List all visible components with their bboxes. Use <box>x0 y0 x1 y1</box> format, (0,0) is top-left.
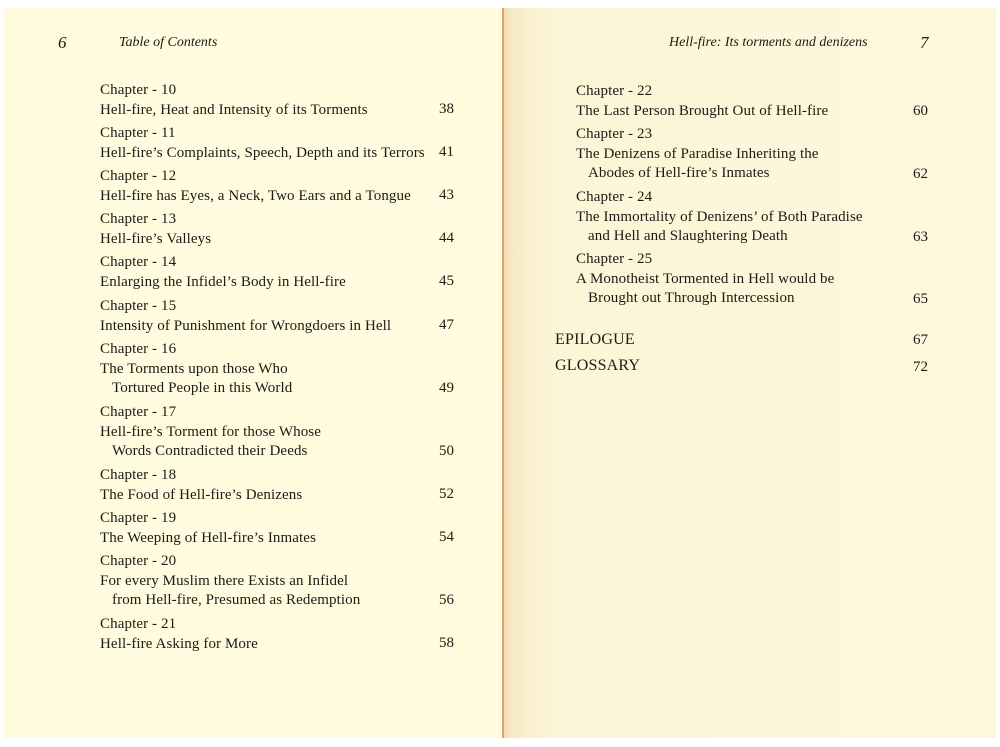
book-gutter <box>502 8 504 738</box>
toc-page-number: 60 <box>898 102 928 122</box>
chapter-label: Chapter - 22 <box>576 82 828 102</box>
toc-entry[interactable]: Chapter - 16 The Torments upon those Who… <box>100 340 292 399</box>
toc-page-number: 65 <box>898 290 928 310</box>
chapter-title-continued: and Hell and Slaughtering Death <box>576 227 863 247</box>
chapter-title: For every Muslim there Exists an Infidel <box>100 572 360 592</box>
chapter-title: The Weeping of Hell-fire’s Inmates <box>100 529 316 549</box>
chapter-label: Chapter - 17 <box>100 403 321 423</box>
toc-entry[interactable]: Chapter - 20 For every Muslim there Exis… <box>100 552 360 611</box>
toc-page-number: 47 <box>424 316 454 336</box>
toc-page-number: 67 <box>898 331 928 351</box>
chapter-label: Chapter - 18 <box>100 466 302 486</box>
chapter-label: Chapter - 13 <box>100 210 211 230</box>
chapter-title: A Monotheist Tormented in Hell would be <box>576 270 834 290</box>
chapter-label: Chapter - 16 <box>100 340 292 360</box>
chapter-title: The Last Person Brought Out of Hell-fire <box>576 102 828 122</box>
chapter-title: Hell-fire’s Complaints, Speech, Depth an… <box>100 144 425 164</box>
chapter-label: Chapter - 11 <box>100 124 425 144</box>
chapter-label: Chapter - 12 <box>100 167 411 187</box>
toc-page-number: 41 <box>424 143 454 163</box>
toc-page-number: 63 <box>898 228 928 248</box>
toc-entry[interactable]: Chapter - 12 Hell-fire has Eyes, a Neck,… <box>100 167 411 206</box>
toc-page-number: 44 <box>424 229 454 249</box>
chapter-title: The Denizens of Paradise Inheriting the <box>576 145 819 165</box>
running-head: Hell-fire: Its torments and denizens <box>669 35 868 51</box>
chapter-title-continued: Tortured People in this World <box>100 379 292 399</box>
chapter-label: Chapter - 15 <box>100 297 391 317</box>
page-number: 7 <box>920 33 929 53</box>
toc-entry[interactable]: Chapter - 14 Enlarging the Infidel’s Bod… <box>100 253 346 292</box>
toc-entry[interactable]: Chapter - 24 The Immortality of Denizens… <box>576 188 863 247</box>
page-number: 6 <box>58 33 67 53</box>
toc-section-glossary[interactable]: GLOSSARY <box>555 357 640 375</box>
toc-page-number: 49 <box>424 379 454 399</box>
chapter-title-continued: Brought out Through Intercession <box>576 289 834 309</box>
toc-page-number: 50 <box>424 442 454 462</box>
chapter-label: Chapter - 20 <box>100 552 360 572</box>
chapter-label: Chapter - 24 <box>576 188 863 208</box>
chapter-title: Enlarging the Infidel’s Body in Hell-fir… <box>100 273 346 293</box>
toc-page-number: 58 <box>424 634 454 654</box>
chapter-title: The Immortality of Denizens’ of Both Par… <box>576 208 863 228</box>
toc-page-number: 56 <box>424 591 454 611</box>
chapter-label: Chapter - 14 <box>100 253 346 273</box>
chapter-label: Chapter - 25 <box>576 250 834 270</box>
chapter-title: Hell-fire’s Torment for those Whose <box>100 423 321 443</box>
toc-entry[interactable]: Chapter - 17 Hell-fire’s Torment for tho… <box>100 403 321 462</box>
left-page: 6 Table of Contents Chapter - 10 Hell-fi… <box>4 8 502 738</box>
chapter-title: Hell-fire has Eyes, a Neck, Two Ears and… <box>100 187 411 207</box>
chapter-label: Chapter - 19 <box>100 509 316 529</box>
toc-page-number: 62 <box>898 165 928 185</box>
chapter-title: The Food of Hell-fire’s Denizens <box>100 486 302 506</box>
toc-page-number: 43 <box>424 186 454 206</box>
running-head: Table of Contents <box>119 35 217 51</box>
chapter-label: Chapter - 10 <box>100 81 368 101</box>
toc-entry[interactable]: Chapter - 15 Intensity of Punishment for… <box>100 297 391 336</box>
toc-entry[interactable]: Chapter - 18 The Food of Hell-fire’s Den… <box>100 466 302 505</box>
chapter-label: Chapter - 21 <box>100 615 258 635</box>
toc-entry[interactable]: Chapter - 23 The Denizens of Paradise In… <box>576 125 819 184</box>
chapter-title: The Torments upon those Who <box>100 360 292 380</box>
toc-entry[interactable]: Chapter - 13 Hell-fire’s Valleys <box>100 210 211 249</box>
chapter-title-continued: Abodes of Hell-fire’s Inmates <box>576 164 819 184</box>
chapter-label: Chapter - 23 <box>576 125 819 145</box>
chapter-title-continued: Words Contradicted their Deeds <box>100 442 321 462</box>
toc-page-number: 52 <box>424 485 454 505</box>
toc-section-epilogue[interactable]: EPILOGUE <box>555 331 635 349</box>
book-spread: 6 Table of Contents Chapter - 10 Hell-fi… <box>4 8 996 738</box>
chapter-title: Hell-fire’s Valleys <box>100 230 211 250</box>
chapter-title-continued: from Hell-fire, Presumed as Redemption <box>100 591 360 611</box>
toc-entry[interactable]: Chapter - 19 The Weeping of Hell-fire’s … <box>100 509 316 548</box>
toc-entry[interactable]: Chapter - 10 Hell-fire, Heat and Intensi… <box>100 81 368 120</box>
toc-page-number: 54 <box>424 528 454 548</box>
chapter-title: Intensity of Punishment for Wrongdoers i… <box>100 317 391 337</box>
right-page: Hell-fire: Its torments and denizens 7 C… <box>502 8 996 738</box>
toc-page-number: 45 <box>424 272 454 292</box>
toc-entry[interactable]: Chapter - 25 A Monotheist Tormented in H… <box>576 250 834 309</box>
toc-page-number: 72 <box>898 358 928 378</box>
chapter-title: Hell-fire, Heat and Intensity of its Tor… <box>100 101 368 121</box>
toc-entry[interactable]: Chapter - 11 Hell-fire’s Complaints, Spe… <box>100 124 425 163</box>
toc-page-number: 38 <box>424 100 454 120</box>
toc-entry[interactable]: Chapter - 22 The Last Person Brought Out… <box>576 82 828 121</box>
toc-entry[interactable]: Chapter - 21 Hell-fire Asking for More <box>100 615 258 654</box>
chapter-title: Hell-fire Asking for More <box>100 635 258 655</box>
